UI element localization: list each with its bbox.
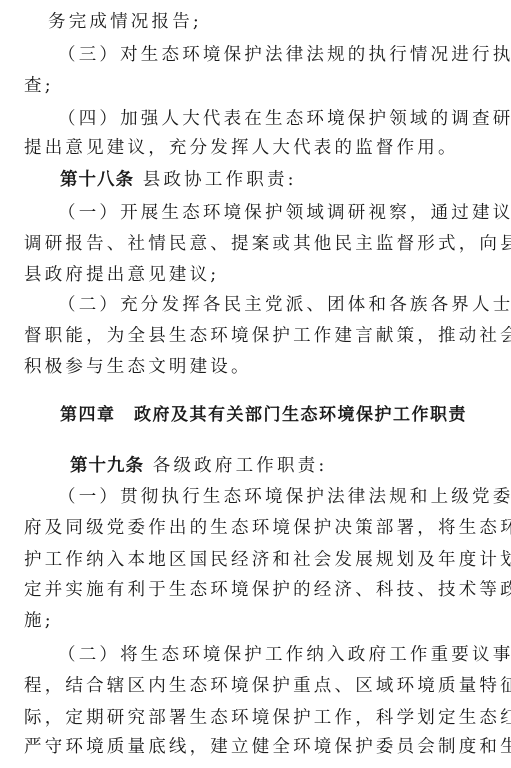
- article-19: 第十九条 各级政府工作职责:: [70, 456, 511, 476]
- article-18: 第十八条 县政协工作职责:: [60, 170, 511, 190]
- article-title: 各级政府工作职责:: [153, 456, 328, 476]
- paragraph-line: 务完成情况报告;: [48, 12, 511, 32]
- paragraph-line: （一）贯彻执行生态环境保护法律法规和上级党委、政: [58, 487, 511, 507]
- paragraph-line: 调研报告、社情民意、提案或其他民主监督形式，向县委和: [24, 234, 511, 254]
- paragraph-line: 提出意见建议，充分发挥人大代表的监督作用。: [24, 138, 511, 158]
- paragraph-line: 积极参与生态文明建设。: [24, 357, 511, 377]
- paragraph-line: （二）充分发挥各民主党派、团体和各族各界人士的监: [58, 295, 511, 315]
- paragraph-line: 查;: [24, 76, 511, 96]
- article-label: 第十九条: [70, 456, 144, 476]
- paragraph-line: 护工作纳入本地区国民经济和社会发展规划及年度计划，制: [24, 550, 511, 570]
- paragraph-line: 府及同级党委作出的生态环境保护决策部署，将生态环境保: [24, 518, 511, 538]
- paragraph-line: 际，定期研究部署生态环境保护工作，科学划定生态红线，: [24, 708, 511, 728]
- chapter-heading: 第四章 政府及其有关部门生态环境保护工作职责: [60, 405, 511, 425]
- paragraph-line: 定并实施有利于生态环境保护的经济、科技、技术等政策措: [24, 580, 511, 600]
- paragraph-line: 县政府提出意见建议;: [24, 265, 511, 285]
- article-label: 第十八条: [60, 170, 134, 190]
- paragraph-line: 严守环境质量底线，建立健全环境保护委员会制度和生态环: [24, 737, 511, 757]
- paragraph-line: （四）加强人大代表在生态环境保护领域的调查研究,: [58, 109, 511, 129]
- paragraph-line: （二）将生态环境保护工作纳入政府工作重要议事日: [58, 645, 511, 665]
- article-title: 县政协工作职责:: [143, 170, 297, 190]
- paragraph-line: 程，结合辖区内生态环境保护重点、区域环境质量特征等实: [24, 676, 511, 696]
- paragraph-line: （三）对生态环境保护法律法规的执行情况进行执法检: [58, 45, 511, 65]
- paragraph-line: 督职能，为全县生态环境保护工作建言献策，推动社会力量: [24, 326, 511, 346]
- paragraph-line: 施;: [24, 611, 511, 631]
- paragraph-line: （一）开展生态环境保护领域调研视察，通过建议案、: [58, 203, 511, 223]
